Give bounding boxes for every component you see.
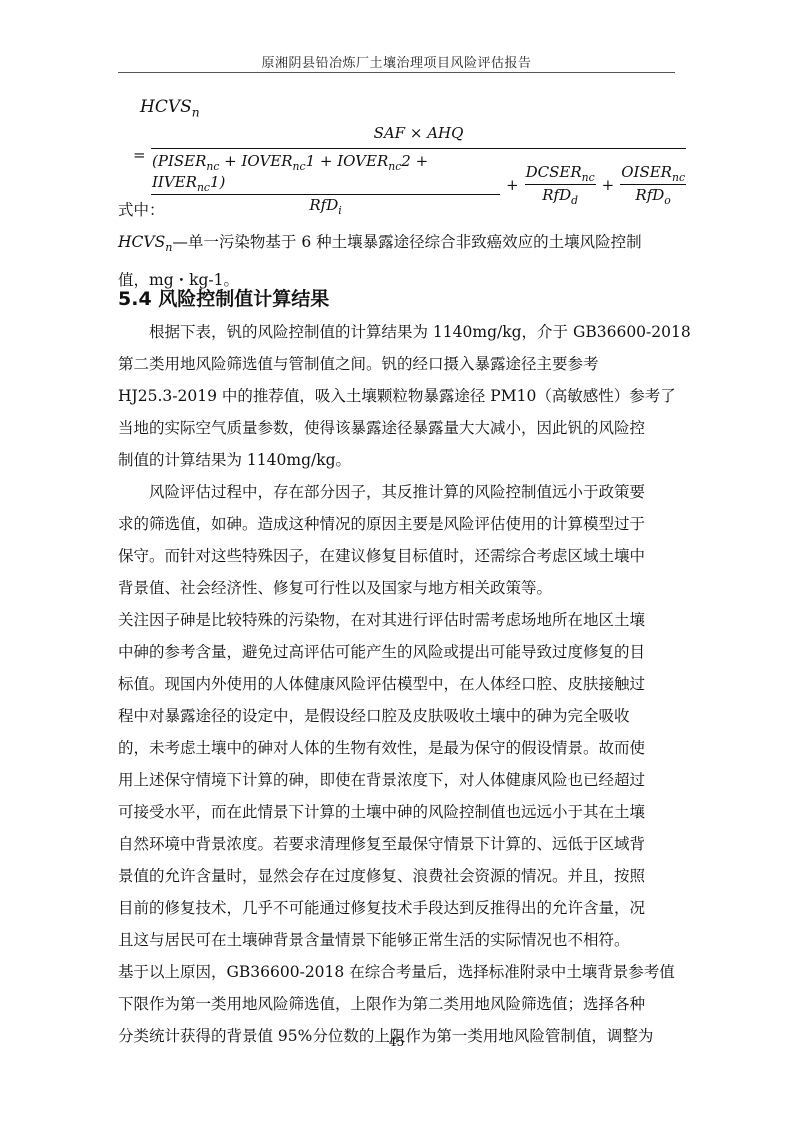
paragraph-1-line: 当地的实际空气质量参数，使得该暴露途径暴露量大大减小，因此钒的风险控 (118, 412, 678, 444)
paragraph-3-line: 自然环境中背景浓度。若要求清理修复至最保守情景下计算的、远低于区域背 (118, 828, 678, 860)
paragraph-3-line: 中砷的参考含量，避免过高评估可能产生的风险或提出可能导致过度修复的目 (118, 636, 678, 668)
dcser-symbol: DCSER (526, 163, 582, 181)
paragraph-2-line: 背景值、社会经济性、修复可行性以及国家与地方相关政策等。 (118, 572, 678, 604)
running-header: 原湘阴县铅冶炼厂土壤治理项目风险评估报告 (118, 52, 675, 71)
paragraph-3-line: 可接受水平，而在此情景下计算的土壤中砷的风险控制值也远远小于其在土壤 (118, 796, 678, 828)
term1-part: 1 + IOVER (306, 152, 389, 170)
paragraph-3-line: 标值。现国内外使用的人体健康风险评估模型中，在人体经口腔、皮肤接触过 (118, 668, 678, 700)
paragraph-1-line: 第二类用地风险筛选值与管制值之间。钒的经口摄入暴露途径主要参考 (118, 348, 678, 380)
term1-part: (PISER (152, 152, 206, 170)
term1-sub: nc (197, 181, 210, 194)
paragraph-3-line: 用上述保守情境下计算的砷，即使在背景浓度下，对人体健康风险也已经超过 (118, 764, 678, 796)
term1-sub: nc (293, 160, 306, 173)
definition-block: 式中： HCVSn—单一污染物基于 6 种土壤暴露途径综合非致癌效应的土壤风险控… (118, 194, 678, 296)
formula-lhs-sub: n (192, 105, 200, 119)
paragraph-3-line: 景值的允许含量时，显然会存在过度修复、浪费社会资源的情况。并且，按照 (118, 860, 678, 892)
paragraph-3-line: 的，未考虑土壤中的砷对人体的生物有效性，是最为保守的假设情景。故而使 (118, 732, 678, 764)
paragraph-1-line: 根据下表，钒的风险控制值的计算结果为 1140mg/kg，介于 GB36600-… (118, 316, 678, 348)
oiser-sub: nc (672, 171, 685, 184)
fraction-bar (151, 148, 686, 149)
term3-numerator: OISERnc (620, 163, 686, 185)
dcser-sub: nc (582, 171, 595, 184)
term1-part: 1) (210, 173, 225, 191)
plus-sign: + (506, 176, 519, 194)
body-text: 根据下表，钒的风险控制值的计算结果为 1140mg/kg，介于 GB36600-… (118, 316, 678, 1052)
term1-sub: nc (206, 160, 219, 173)
term1-sub: nc (388, 160, 401, 173)
term1-part: + IOVER (219, 152, 292, 170)
hcvs-symbol: HCVS (118, 233, 165, 251)
paragraph-1-line: 制值的计算结果为 1140mg/kg。 (118, 444, 678, 476)
paragraph-1-line: HJ25.3-2019 中的推荐值，吸入土壤颗粒物暴露途径 PM10（高敏感性）… (118, 380, 678, 412)
definition-symbol: HCVSn (118, 233, 172, 251)
header-divider (118, 72, 675, 73)
formula-equation: = SAF × AHQ (PISERnc + IOVERnc1 + IOVERn… (133, 124, 688, 190)
oiser-symbol: OISER (621, 163, 672, 181)
paragraph-3-line: 目前的修复技术，几乎不可能通过修复技术手段达到反推得出的允许含量，况 (118, 892, 678, 924)
definition-text: —单一污染物基于 6 种土壤暴露途径综合非致癌效应的土壤风险控制 (172, 233, 641, 251)
paragraph-3-line: 关注因子砷是比较特殊的污染物，在对其进行评估时需考虑场地所在地区土壤 (118, 604, 678, 636)
equals-sign: = (133, 146, 146, 164)
paragraph-4-line: 下限作为第一类用地风险筛选值，上限作为第二类用地风险筛选值；选择各种 (118, 988, 678, 1020)
page-number: 45 (0, 1035, 793, 1049)
paragraph-3-line: 且这与居民可在土壤砷背景含量情景下能够正常生活的实际情况也不相符。 (118, 924, 678, 956)
paragraph-2-line: 风险评估过程中，存在部分因子，其反推计算的风险控制值远小于政策要 (118, 476, 678, 508)
term2-numerator: DCSERnc (525, 163, 596, 185)
formula-numerator: SAF × AHQ (151, 124, 686, 142)
paragraph-3-line: 程中对暴露途径的设定中，是假设经口腔及皮肤吸收土壤中的砷为完全吸收 (118, 700, 678, 732)
where-label: 式中： (118, 194, 678, 226)
definition-line-1: HCVSn—单一污染物基于 6 种土壤暴露途径综合非致癌效应的土壤风险控制 (118, 226, 678, 264)
formula-lhs-symbol: HCVS (140, 97, 192, 117)
plus-sign: + (602, 176, 615, 194)
paragraph-4-line: 基于以上原因，GB36600-2018 在综合考量后，选择标准附录中土壤背景参考… (118, 956, 678, 988)
paragraph-2-line: 求的筛选值，如砷。造成这种情况的原因主要是风险评估使用的计算模型过于 (118, 508, 678, 540)
formula-lhs: HCVSn (140, 97, 200, 119)
paragraph-2-line: 保守。而针对这些特殊因子，在建议修复目标值时，还需综合考虑区域土壤中 (118, 540, 678, 572)
term1-numerator: (PISERnc + IOVERnc1 + IOVERnc2 + IIVERnc… (151, 152, 500, 195)
section-heading: 5.4 风险控制值计算结果 (118, 284, 329, 311)
